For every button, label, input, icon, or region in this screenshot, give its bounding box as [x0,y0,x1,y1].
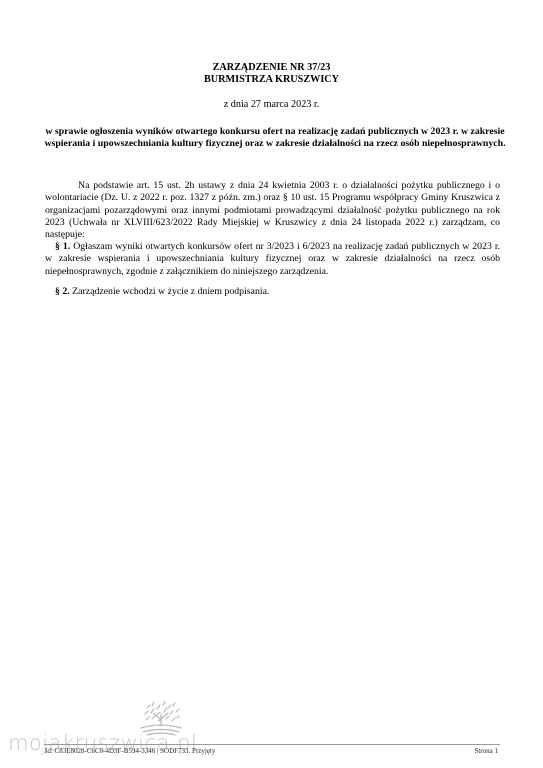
document-title: ZARZĄDZENIE NR 37/23 [0,62,543,74]
section-2-label: § 2. [55,286,70,297]
document-date: z dnia 27 marca 2023 r. [0,99,543,111]
document-page: ZARZĄDZENIE NR 37/23 BURMISTRZA KRUSZWIC… [0,0,543,768]
section-2: § 2. Zarządzenie wchodzi w życie z dniem… [45,286,500,298]
legal-basis-paragraph: Na podstawie art. 15 ust. 2h ustawy z dn… [45,180,500,241]
section-1-label: § 1. [55,241,70,252]
document-issuer: BURMISTRZA KRUSZWICY [0,74,543,86]
section-1: § 1. Ogłaszam wyniki otwartych konkursów… [45,241,500,278]
footer-page-number: Strona 1 [474,747,498,756]
section-1-text: Ogłaszam wyniki otwartych konkursów ofer… [45,241,500,277]
section-2-text: Zarządzenie wchodzi w życie z dniem podp… [72,286,269,297]
document-subject: w sprawie ogłoszenia wyników otwartego k… [40,126,510,151]
watermark-text: mojakruszwica.pl [8,731,197,755]
